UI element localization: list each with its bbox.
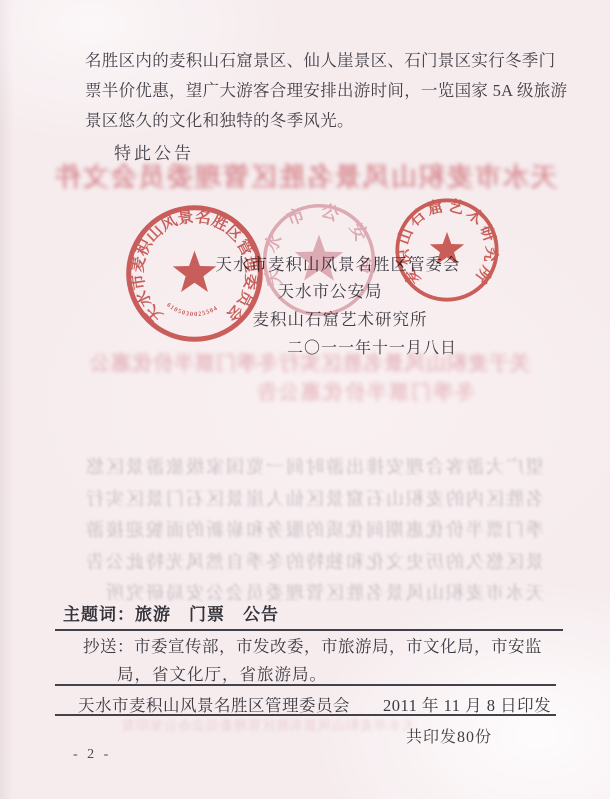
star-icon: [295, 235, 343, 281]
separator-rule: [55, 684, 556, 686]
body-line: 景区悠久的文化和独特的冬季风光。: [85, 106, 567, 136]
page-number: - 2 -: [73, 747, 111, 763]
cc-line: 抄送：市委宣传部，市发改委，市旅游局，市文化局，市安监: [83, 633, 542, 657]
bleedthrough-red-title: 天水市麦积山风景名胜区管理委员会文件: [0, 157, 610, 194]
body-line: 票半价优惠，望广大游客合理安排出游时间，一览国家 5A 级旅游: [85, 76, 567, 106]
bleedthrough-gray-line: 望广大游客合理安排出游时间一览国家级旅游景区悠: [66, 452, 544, 484]
bleedthrough-gray-line: 季门票半价优惠期间优质的服务和崭新的面貌迎接游: [66, 515, 544, 547]
colophon-print-date: 2011 年 11 月 8 日印发: [383, 692, 551, 716]
star-icon: [430, 232, 464, 265]
bleedthrough-gray-line: 景区悠久的历史文化和独特的冬季自然风光特此公告: [66, 547, 544, 579]
body-paragraph: 名胜区内的麦积山石窟景区、仙人崖景区、石门景区实行冬季门 票半价优惠，望广大游客…: [85, 46, 567, 136]
svg-text:6105030025504: 6105030025504: [165, 302, 219, 319]
copies-note: 共印发80份: [406, 724, 492, 747]
body-line: 名胜区内的麦积山石窟景区、仙人崖景区、石门景区实行冬季门: [85, 46, 567, 76]
scanned-official-document: 天水市麦积山风景名胜区管理委员会文件 关于麦积山风景名胜区实行冬季门票半价优惠公…: [0, 0, 610, 799]
subject-label: 主题词：: [63, 605, 135, 624]
star-icon: [173, 251, 216, 292]
cc-line: 局，省文化厅，省旅游局。: [117, 661, 327, 685]
official-seal-public-security: 天水市公安局: [260, 201, 378, 319]
subject-terms: 旅游 门票 公告: [135, 605, 279, 624]
closing-statement: 特此公告: [114, 139, 194, 164]
bleedthrough-footer-line: 天水市麦积山风景名胜区管理委员会办公室印发: [35, 715, 415, 734]
seal-serial: 6105030025504: [165, 302, 219, 319]
official-seal-research-institute: 麦积山石窟艺术研究所: [393, 196, 501, 304]
subject-row: 主题词：旅游 门票 公告: [55, 600, 563, 631]
colophon-printer: 天水市麦积山风景名胜区管理委员会: [78, 692, 350, 716]
official-seal-management-committee: 天水市麦积山风景名胜区管理委员会 6105030025504: [123, 202, 266, 345]
issue-date: 二〇一一年十一月八日: [287, 335, 457, 358]
separator-rule: [55, 714, 556, 716]
bleedthrough-gray-text: 望广大游客合理安排出游时间一览国家级旅游景区悠 名胜区内的麦积山石窟景区仙人崖景…: [66, 452, 544, 604]
bleedthrough-gray-line: 名胜区内的麦积山石窟景区仙人崖景区石门景区实行: [66, 484, 544, 516]
bleedthrough-red-line: 冬季门票半价优惠公告: [185, 376, 475, 405]
